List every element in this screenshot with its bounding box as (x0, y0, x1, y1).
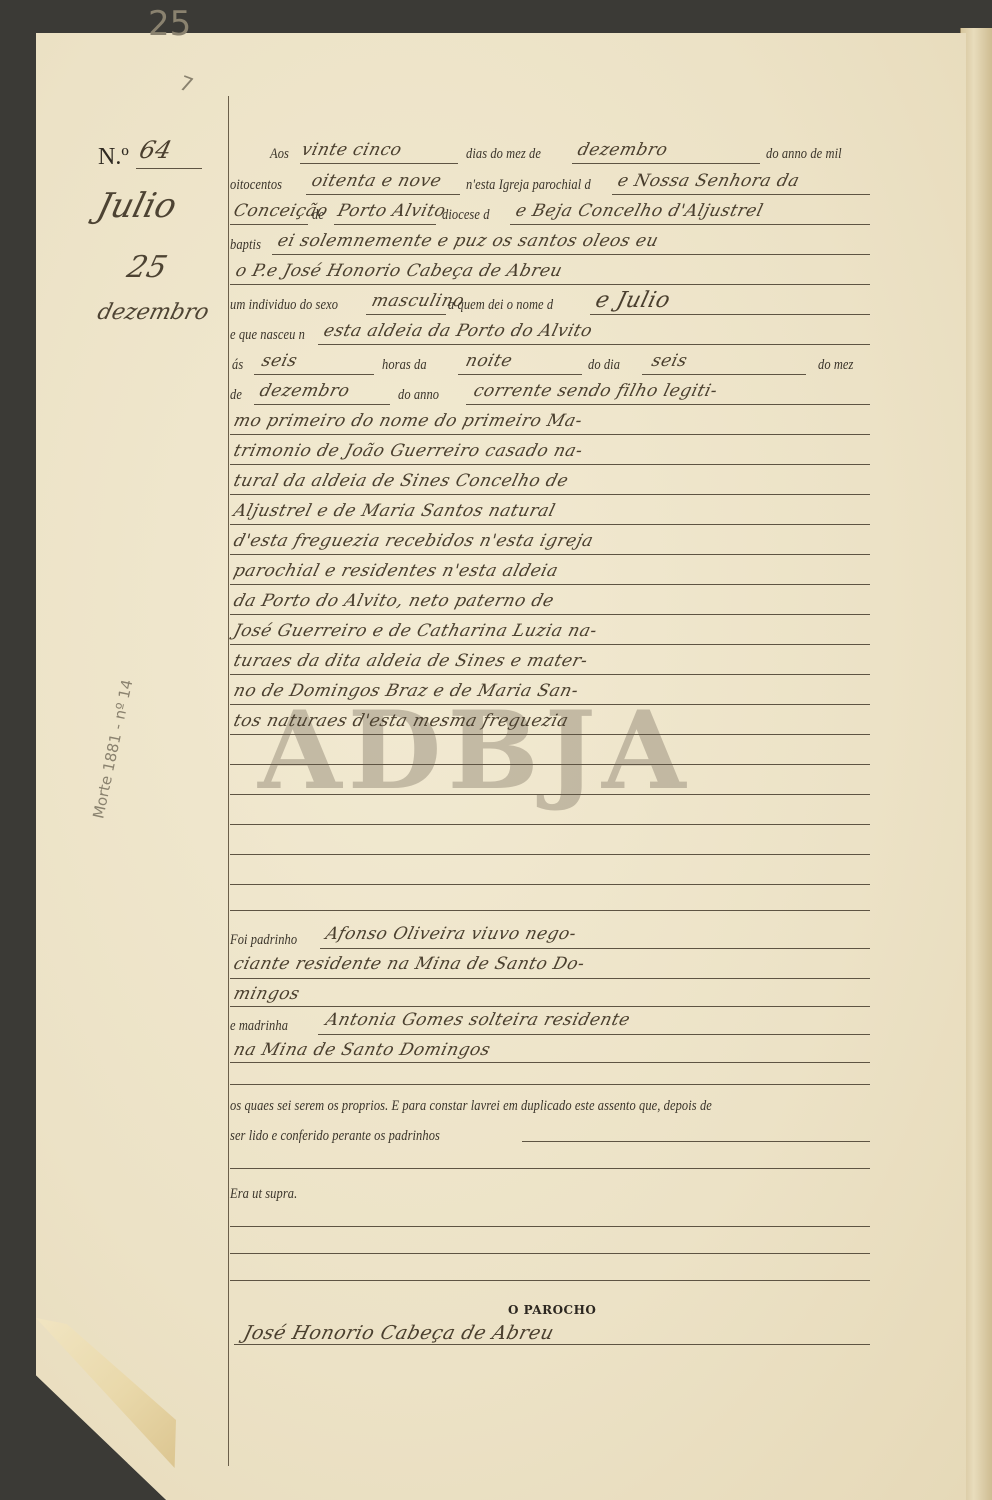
printed-diocese: diocese d (442, 207, 490, 224)
printed-e-madrinha: e madrinha (230, 1018, 288, 1035)
hw-child-name: e Julio (593, 288, 673, 313)
hw-body-line: Aljustrel e de Maria Santos natural (232, 501, 558, 521)
hw-body-line: parochial e residentes n'esta aldeia (232, 561, 561, 581)
printed-closing-line2: ser lido e conferido perante os padrinho… (230, 1128, 440, 1145)
margin-month: dezembro (95, 300, 212, 325)
printed-foi-padrinho: Foi padrinho (230, 932, 297, 949)
printed-de-2: de (230, 387, 242, 404)
hw-locality: Porto Alvito (336, 201, 448, 221)
hw-year-filiation: corrente sendo filho legiti- (472, 381, 720, 401)
hw-body-line: tural da aldeia de Sines Concelho de (232, 471, 571, 491)
printed-individuo: um individuo do sexo (230, 297, 338, 314)
printed-igreja-parochial: n'esta Igreja parochial d (466, 177, 591, 194)
hw-parish: e Nossa Senhora da (616, 171, 802, 191)
hw-signature: José Honorio Cabeça de Abreu (241, 1322, 556, 1344)
hw-godmother-line: na Mina de Santo Domingos (232, 1040, 493, 1060)
hw-birthplace: esta aldeia da Porto do Alvito (322, 321, 595, 341)
hw-body-line: mo primeiro do nome do primeiro Ma- (232, 411, 585, 431)
hw-body-line: José Guerreiro e de Catharina Luzia na- (232, 621, 600, 641)
hw-baptism-text: ei solemnemente e puz os santos oleos eu (276, 231, 661, 251)
hw-body-line: turaes da dita aldeia de Sines e mater- (232, 651, 590, 671)
printed-do-anno: do anno (398, 387, 439, 404)
printed-baptis: baptis (230, 237, 261, 254)
hw-priest-name: o P.e José Honorio Cabeça de Abreu (234, 261, 565, 281)
hw-godfather-line: mingos (232, 984, 302, 1004)
printed-closing-line1: os quaes sei serem os proprios. E para c… (230, 1098, 712, 1115)
hw-godmother-line: Antonia Gomes solteira residente (324, 1010, 633, 1030)
record-number-label: N.º (98, 144, 129, 171)
margin-rule (228, 96, 229, 1466)
printed-oitocentos: oitocentos (230, 177, 282, 194)
printed-aos: Aos (270, 146, 289, 163)
printed-horas-da: horas da (382, 357, 427, 374)
hw-birth-month: dezembro (258, 381, 352, 401)
printed-do-mez: do mez (818, 357, 854, 374)
printed-as: ás (232, 357, 243, 374)
hw-day-text: vinte cinco (300, 140, 404, 160)
printed-de: de (312, 207, 324, 224)
hw-diocese: e Beja Concelho d'Aljustrel (514, 201, 766, 221)
hw-body-line: tos naturaes d'esta mesma freguezia (232, 711, 571, 731)
margin-name: Julio (93, 186, 181, 226)
hw-body-line: d'esta freguezia recebidos n'esta igreja (232, 531, 596, 551)
hw-godfather-line: Afonso Oliveira viuvo nego- (324, 924, 579, 944)
hw-body-line: no de Domingos Braz e de Maria San- (232, 681, 581, 701)
printed-anno-de-mil: do anno de mil (766, 146, 842, 163)
signature-title: O PAROCHO (508, 1303, 596, 1317)
printed-quem-dei-nome: a quem dei o nome d (448, 297, 553, 314)
archive-watermark: ADBJA (258, 688, 692, 814)
printed-que-nasceu: e que nasceu n (230, 327, 305, 344)
printed-do-dia: do dia (588, 357, 620, 374)
hw-hour: seis (260, 351, 300, 371)
hw-year-text: oitenta e nove (310, 171, 444, 191)
hw-body-line: trimonio de João Guerreiro casado na- (232, 441, 585, 461)
hw-body-line: da Porto do Alvito, neto paterno de (232, 591, 557, 611)
pencil-page-number: 25 (148, 4, 191, 44)
hw-month: dezembro (576, 140, 670, 160)
hw-godfather-line: ciante residente na Mina de Santo Do- (232, 954, 587, 974)
hw-period: noite (464, 351, 515, 371)
hw-birth-day: seis (650, 351, 690, 371)
printed-dias-do-mez: dias do mez de (466, 146, 541, 163)
record-number-rule (136, 168, 202, 169)
printed-era-ut-supra: Era ut supra. (230, 1186, 297, 1203)
